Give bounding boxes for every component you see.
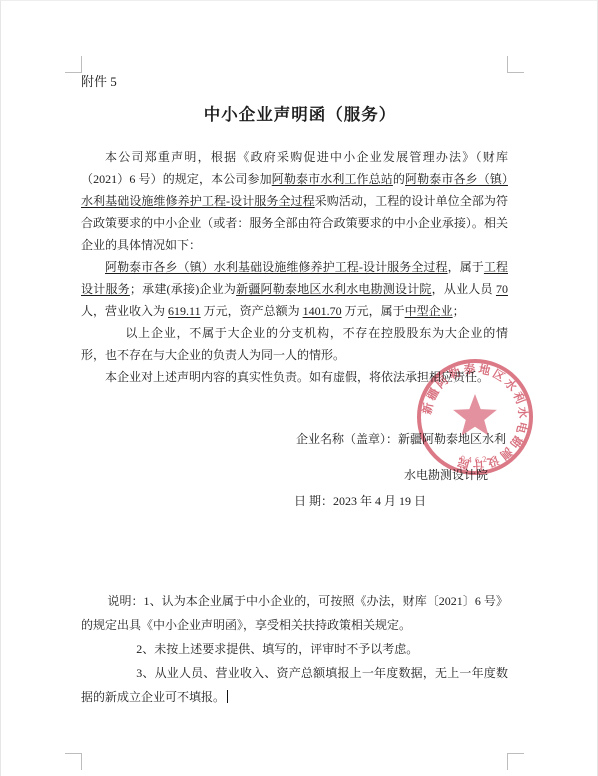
text-cursor: [227, 690, 228, 703]
text-segment: 万元，属于: [342, 304, 405, 318]
company-seal-stamp: 新疆阿勒泰地区水利水电勘测设计院 0462: [414, 356, 536, 478]
underlined-text-segment: 70: [496, 282, 508, 296]
margin-mark-top-right: [507, 56, 524, 73]
attachment-label: 附件 5: [81, 71, 117, 90]
notes-section[interactable]: 说明：1、认为本企业属于中小企业的，可按照《办法，财库〔2021〕6 号》的规定…: [81, 589, 508, 709]
margin-mark-top-left: [65, 56, 82, 73]
text-segment: 的: [393, 172, 405, 186]
margin-mark-bottom-left: [65, 753, 82, 770]
text-segment: ，从业人员: [432, 282, 496, 296]
note-text: 说明：1、认为本企业属于中小企业的，可按照《办法，财库〔2021〕6 号》的规定…: [81, 594, 508, 632]
underlined-text-segment: 阿勒泰市水利工作总站: [272, 172, 393, 186]
seal-star-icon: [453, 394, 497, 436]
note-line-1[interactable]: 说明：1、认为本企业属于中小企业的，可按照《办法，财库〔2021〕6 号》的规定…: [81, 589, 508, 637]
note-text: 2、未按上述要求提供、填写的，评审时不予以考虑。: [136, 642, 418, 656]
margin-mark-bottom-right: [507, 753, 524, 770]
underlined-text-segment: 1401.70: [303, 304, 342, 318]
document-body[interactable]: 本公司郑重声明，根据《政府采购促进中小企业发展管理办法》（财库（2021）6 号…: [81, 146, 508, 388]
text-segment: 万元，资产总额为: [201, 304, 303, 318]
page-title: 中小企业声明函（服务）: [1, 101, 598, 125]
signature-date: 日 期：2023 年 4 月 19 日: [294, 492, 426, 509]
underlined-text-segment: 中型企业: [405, 304, 453, 318]
body-paragraph-2[interactable]: 阿勒泰市各乡（镇）水利基础设施维修养护工程-设计服务全过程，属于工程设计服务；承…: [81, 256, 508, 322]
note-line-3[interactable]: 3、从业人员、营业收入、资产总额填报上一年度数据，无上一年度数据的新成立企业可不…: [81, 661, 508, 709]
underlined-text-segment: 阿勒泰市各乡（镇）水利基础设施维修养护工程-设计服务全过程: [105, 260, 448, 274]
underlined-text-segment: 619.11: [168, 304, 201, 318]
text-segment: ，属于: [448, 260, 484, 274]
document-page[interactable]: 附件 5 中小企业声明函（服务） 本公司郑重声明，根据《政府采购促进中小企业发展…: [0, 0, 598, 776]
text-segment: ；承建(承接)企业为: [130, 282, 236, 296]
underlined-text-segment: 新疆阿勒泰地区水利水电勘测设计院: [236, 282, 432, 296]
text-segment: 人，营业收入为: [81, 304, 168, 318]
note-text: 3、从业人员、营业收入、资产总额填报上一年度数据，无上一年度数据的新成立企业可不…: [81, 666, 508, 704]
note-line-2[interactable]: 2、未按上述要求提供、填写的，评审时不予以考虑。: [81, 637, 508, 661]
text-segment: ；: [453, 304, 465, 318]
body-paragraph-1[interactable]: 本公司郑重声明，根据《政府采购促进中小企业发展管理办法》（财库（2021）6 号…: [81, 146, 508, 256]
